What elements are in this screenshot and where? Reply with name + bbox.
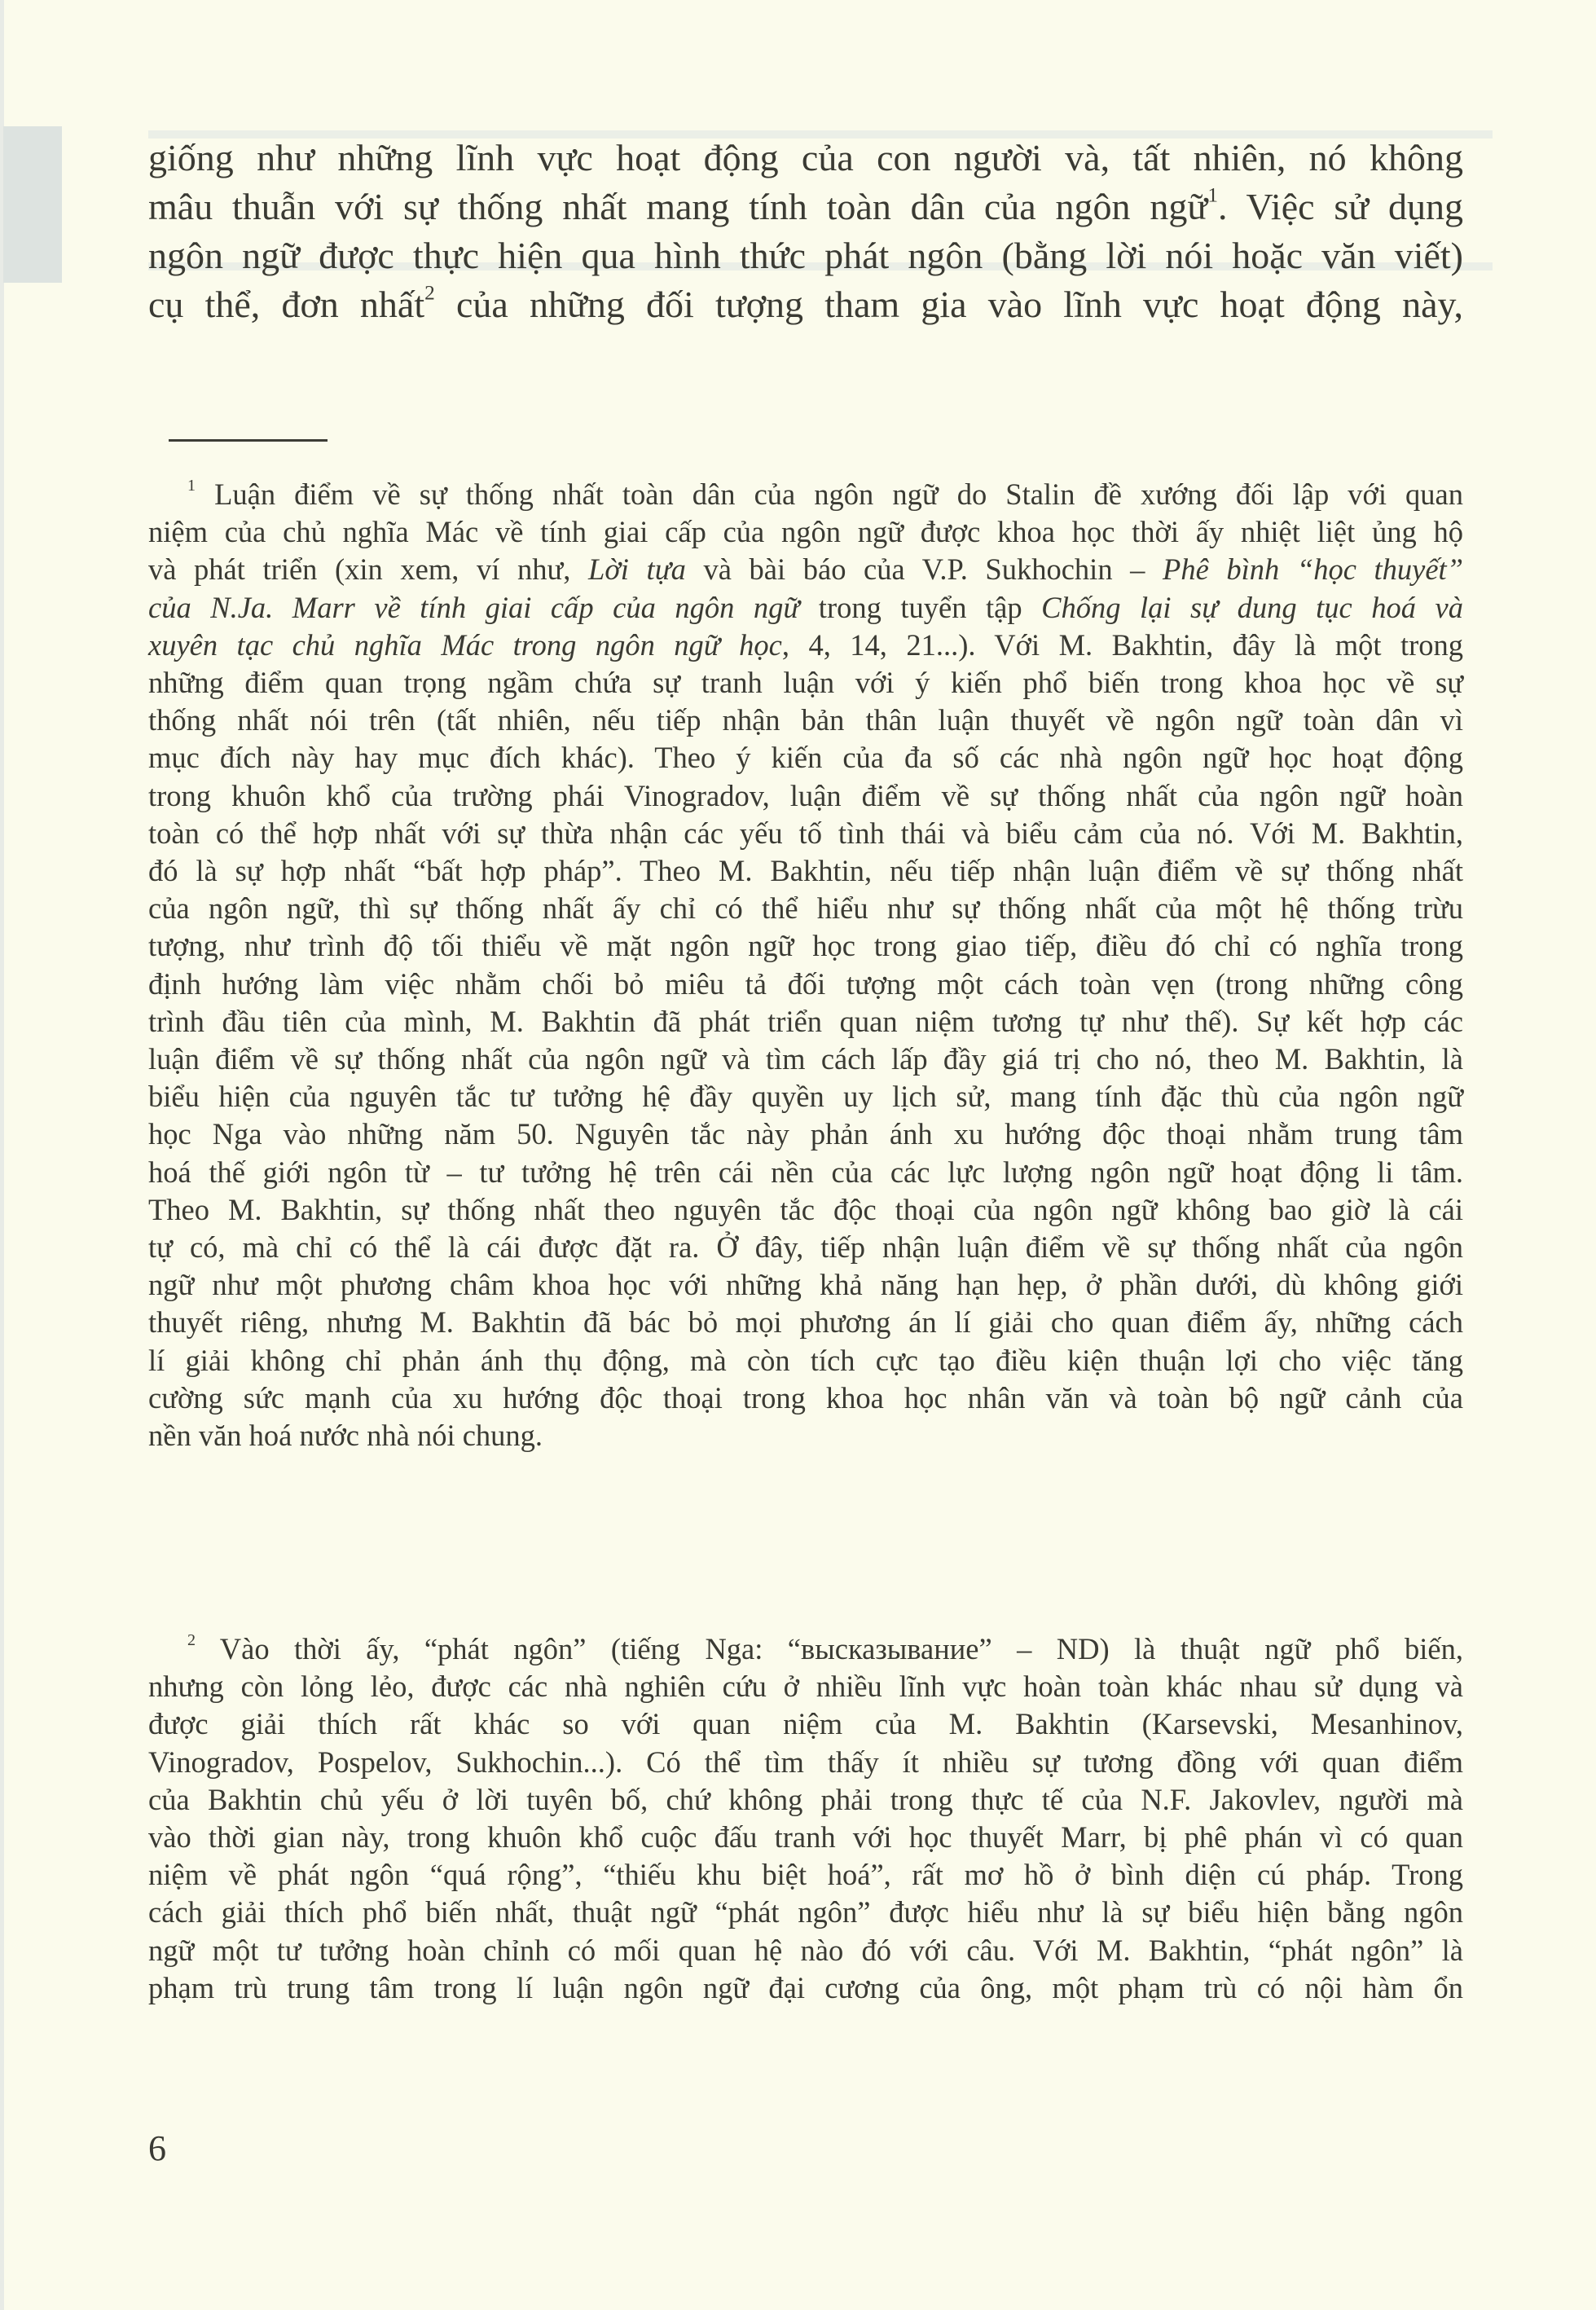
footnote-line: của N.Ja. Marr về tính giai cấp của ngôn… <box>148 589 1463 627</box>
footnote-marker: 2 <box>187 1631 196 1649</box>
footnote-text: và bài báo của V.P. Sukhochin – <box>686 552 1163 586</box>
page-left-edge <box>0 0 4 2310</box>
footnote-line: tự có, mà chỉ có thể là cái được đặt ra.… <box>148 1229 1463 1266</box>
footnote-ref-1[interactable]: 1 <box>1207 184 1218 207</box>
cited-title: xuyên tạc chủ nghĩa Mác trong ngôn ngữ h… <box>148 628 782 662</box>
footnote-line: cách giải thích phổ biến nhất, thuật ngữ… <box>148 1894 1463 1931</box>
body-line: mâu thuẫn với sự thống nhất mang tính to… <box>148 183 1463 231</box>
footnote-line: của ngôn ngữ, thì sự thống nhất ấy chỉ c… <box>148 890 1463 927</box>
body-line: cụ thể, đơn nhất2 của những đối tượng th… <box>148 280 1463 329</box>
body-text: mâu thuẫn với sự thống nhất mang tính to… <box>148 186 1207 227</box>
footnote-line: ngữ như một phương châm khoa học với nhữ… <box>148 1266 1463 1304</box>
footnote-text: , 4, 14, 21...). Với M. Bakhtin, đây là … <box>782 628 1463 662</box>
footnote-line: của Bakhtin chủ yếu ở lời tuyên bố, chứ … <box>148 1781 1463 1819</box>
footnote-line: và phát triển (xin xem, ví như, Lời tựa … <box>148 551 1463 588</box>
footnote-line: phạm trù trung tâm trong lí luận ngôn ng… <box>148 1969 1463 2007</box>
body-text: . Việc sử dụng <box>1218 186 1463 227</box>
footnote-line: biểu hiện của nguyên tắc tư tưởng hệ đầy… <box>148 1078 1463 1115</box>
footnote-line: vào thời gian này, trong khuôn khổ cuộc … <box>148 1819 1463 1856</box>
footnote-line: toàn có thể hợp nhất với sự thừa nhận cá… <box>148 815 1463 852</box>
footnote-line: nền văn hoá nước nhà nói chung. <box>148 1417 1463 1454</box>
footnote-text: Luận điểm về sự thống nhất toàn dân của … <box>214 477 1463 511</box>
footnote-line: tượng, như trình độ tối thiểu về mặt ngô… <box>148 927 1463 965</box>
footnote-line: lí giải không chỉ phản ánh thụ động, mà … <box>148 1342 1463 1379</box>
footnote-line: nhưng còn lỏng lẻo, được các nhà nghiên … <box>148 1668 1463 1705</box>
footnote-line: trình đầu tiên của mình, M. Bakhtin đã p… <box>148 1003 1463 1041</box>
footnote-line: thống nhất nói trên (tất nhiên, nếu tiếp… <box>148 702 1463 739</box>
footnote-line: mục đích này hay mục đích khác). Theo ý … <box>148 739 1463 777</box>
footnote-line: trong khuôn khổ của trường phái Vinograd… <box>148 777 1463 815</box>
footnote-line: đó là sự hợp nhất “bất hợp pháp”. Theo M… <box>148 852 1463 890</box>
footnote-line: 2 Vào thời ấy, “phát ngôn” (tiếng Nga: “… <box>148 1630 1463 1668</box>
footnote-marker: 1 <box>187 477 196 495</box>
footnote-1: 1 Luận điểm về sự thống nhất toàn dân củ… <box>148 476 1463 1454</box>
footnote-line: được giải thích rất khác so với quan niệ… <box>148 1705 1463 1743</box>
footnote-line: 1 Luận điểm về sự thống nhất toàn dân củ… <box>148 476 1463 513</box>
footnote-text: và phát triển (xin xem, ví như, <box>148 552 588 586</box>
body-line: giống như những lĩnh vực hoạt động của c… <box>148 134 1463 183</box>
page-number: 6 <box>148 2128 166 2169</box>
body-paragraph: giống như những lĩnh vực hoạt động của c… <box>148 134 1463 329</box>
bleed-through-tab <box>3 126 62 283</box>
footnote-line: học Nga vào những năm 50. Nguyên tắc này… <box>148 1115 1463 1153</box>
footnote-line: ngữ một tư tưởng hoàn chỉnh có mối quan … <box>148 1932 1463 1969</box>
cited-title: Chống lại sự dung tục hoá và <box>1041 591 1463 624</box>
footnote-line: cường sức mạnh của xu hướng độc thoại tr… <box>148 1379 1463 1417</box>
cited-title: Phê bình “học thuyết” <box>1163 552 1463 586</box>
body-text: cụ thể, đơn nhất <box>148 284 424 325</box>
footnote-line: niệm của chủ nghĩa Mác về tính giai cấp … <box>148 513 1463 551</box>
footnote-line: Vinogradov, Pospelov, Sukhochin...). Có … <box>148 1744 1463 1781</box>
footnote-line: Theo M. Bakhtin, sự thống nhất theo nguy… <box>148 1191 1463 1229</box>
footnote-line: niệm về phát ngôn “quá rộng”, “thiếu khu… <box>148 1856 1463 1894</box>
footnote-line: những điểm quan trọng ngầm chứa sự tranh… <box>148 664 1463 702</box>
footnote-text: trong tuyển tập <box>799 591 1041 624</box>
footnote-text: Vào thời ấy, “phát ngôn” (tiếng Nga: “вы… <box>220 1632 1463 1665</box>
body-line: ngôn ngữ được thực hiện qua hình thức ph… <box>148 231 1463 280</box>
footnote-line: luận điểm về sự thống nhất của ngôn ngữ … <box>148 1041 1463 1078</box>
footnote-separator <box>169 439 328 442</box>
footnote-line: xuyên tạc chủ nghĩa Mác trong ngôn ngữ h… <box>148 627 1463 664</box>
cited-title: Lời tựa <box>588 552 686 586</box>
footnote-line: hoá thế giới ngôn từ – tư tưởng hệ trên … <box>148 1154 1463 1191</box>
footnote-2: 2 Vào thời ấy, “phát ngôn” (tiếng Nga: “… <box>148 1630 1463 2007</box>
body-text: của những đối tượng tham gia vào lĩnh vự… <box>435 284 1463 325</box>
footnote-line: định hướng làm việc nhằm chối bỏ miêu tả… <box>148 966 1463 1003</box>
footnote-line: thuyết riêng, nhưng M. Bakhtin đã bác bỏ… <box>148 1304 1463 1341</box>
cited-title: của N.Ja. Marr về tính giai cấp của ngôn… <box>148 591 799 624</box>
footnote-ref-2[interactable]: 2 <box>424 282 435 305</box>
